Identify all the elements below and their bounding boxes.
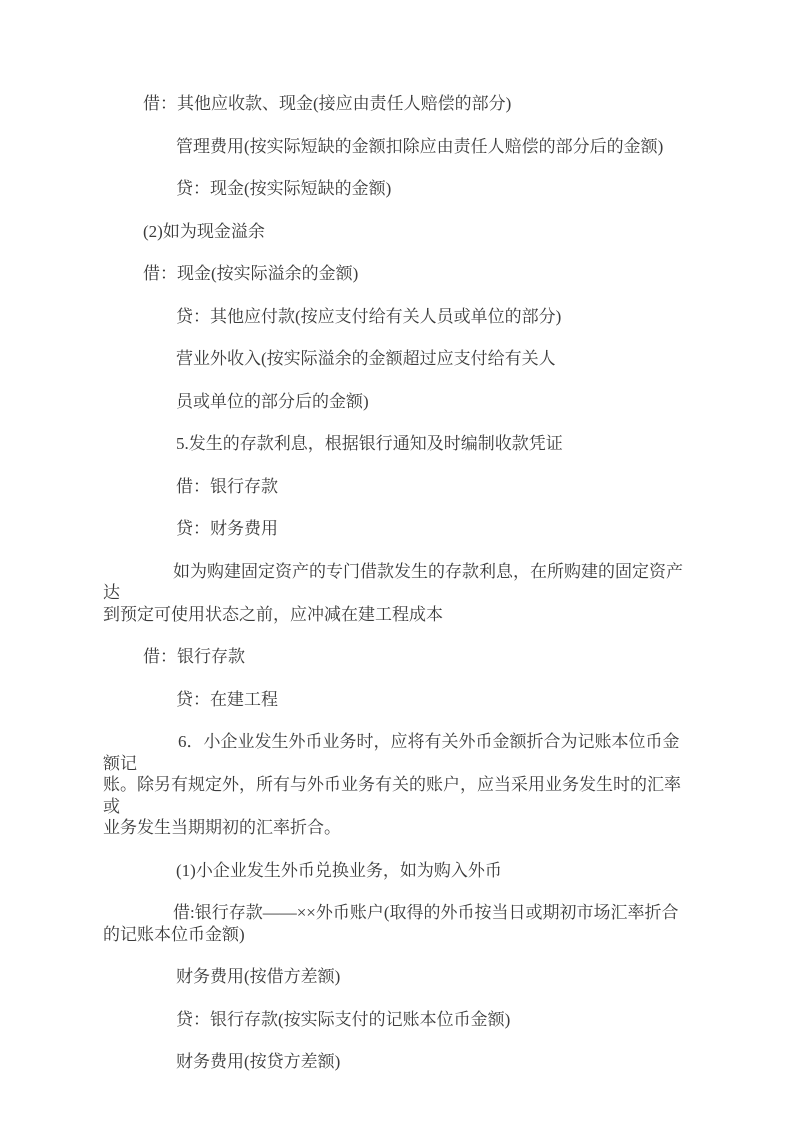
entry-credit-line: 贷：其他应付款(按应支付给有关人员或单位的部分) — [176, 306, 693, 328]
entry-account-line: 财务费用(按借方差额) — [176, 966, 693, 988]
list-item-heading: (2)如为现金溢余 — [143, 221, 693, 243]
list-item-heading: (1)小企业发生外币兑换业务，如为购入外币 — [176, 860, 693, 882]
body-paragraph: 如为购建固定资产的专门借款发生的存款利息，在所购建的固定资产达 到预定可使用状态… — [103, 561, 693, 626]
numbered-item-paragraph: 6．小企业发生外币业务时，应将有关外币金额折合为记账本位币金额记 账。除另有规定… — [103, 731, 693, 839]
entry-credit-line: 贷：现金(按实际短缺的金额) — [176, 178, 693, 200]
entry-credit-line: 贷：银行存款(按实际支付的记账本位币金额) — [176, 1009, 693, 1031]
entry-debit-line: 借：银行存款 — [143, 646, 693, 668]
entry-debit-line: 借:银行存款——××外币账户(取得的外币按当日或期初市场汇率折合 的记账本位币金… — [103, 902, 693, 945]
document-page: 借：其他应收款、现金(接应由责任人赔偿的部分) 管理费用(按实际短缺的金额扣除应… — [0, 0, 793, 1122]
entry-debit-line: 借：银行存款 — [176, 476, 693, 498]
entry-account-line: 管理费用(按实际短缺的金额扣除应由责任人赔偿的部分后的金额) — [176, 136, 693, 158]
entry-account-line: 财务费用(按贷方差额) — [176, 1051, 693, 1073]
entry-credit-line: 贷：财务费用 — [176, 518, 693, 540]
numbered-item-heading: 5.发生的存款利息，根据银行通知及时编制收款凭证 — [176, 433, 693, 455]
entry-account-line: 营业外收入(按实际溢余的金额超过应支付给有关人 — [176, 348, 693, 370]
entry-credit-line: 贷：在建工程 — [176, 689, 693, 711]
entry-debit-line: 借：现金(按实际溢余的金额) — [143, 263, 693, 285]
entry-debit-line: 借：其他应收款、现金(接应由责任人赔偿的部分) — [143, 93, 693, 115]
entry-account-line: 员或单位的部分后的金额) — [176, 391, 693, 413]
